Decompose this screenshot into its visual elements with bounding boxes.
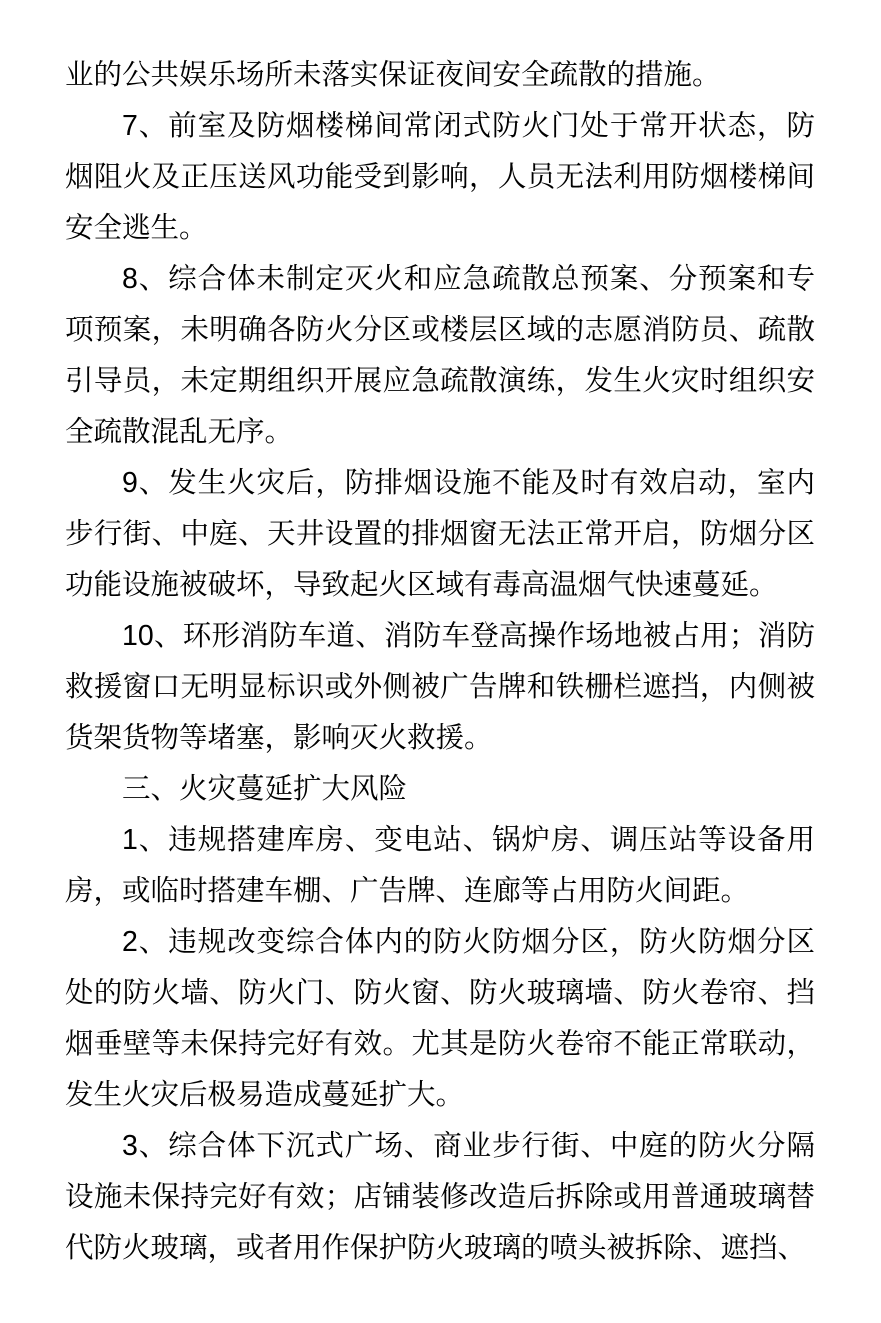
paragraph: 业的公共娱乐场所未落实保证夜间安全疏散的措施。	[65, 50, 815, 101]
paragraph: 7、前室及防烟楼梯间常闭式防火门处于常开状态，防烟阻火及正压送风功能受到影响，人…	[65, 101, 815, 254]
paragraph-list: 业的公共娱乐场所未落实保证夜间安全疏散的措施。7、前室及防烟楼梯间常闭式防火门处…	[65, 50, 815, 1274]
document-page: 业的公共娱乐场所未落实保证夜间安全疏散的措施。7、前室及防烟楼梯间常闭式防火门处…	[0, 0, 881, 1323]
paragraph: 10、环形消防车道、消防车登高操作场地被占用；消防救援窗口无明显标识或外侧被广告…	[65, 611, 815, 764]
paragraph: 9、发生火灾后，防排烟设施不能及时有效启动，室内步行街、中庭、天井设置的排烟窗无…	[65, 458, 815, 611]
paragraph: 8、综合体未制定灭火和应急疏散总预案、分预案和专项预案，未明确各防火分区或楼层区…	[65, 254, 815, 458]
paragraph: 2、违规改变综合体内的防火防烟分区，防火防烟分区处的防火墙、防火门、防火窗、防火…	[65, 917, 815, 1121]
paragraph: 3、综合体下沉式广场、商业步行街、中庭的防火分隔设施未保持完好有效；店铺装修改造…	[65, 1121, 815, 1274]
paragraph: 1、违规搭建库房、变电站、锅炉房、调压站等设备用房，或临时搭建车棚、广告牌、连廊…	[65, 815, 815, 917]
section-heading: 三、火灾蔓延扩大风险	[65, 764, 815, 815]
